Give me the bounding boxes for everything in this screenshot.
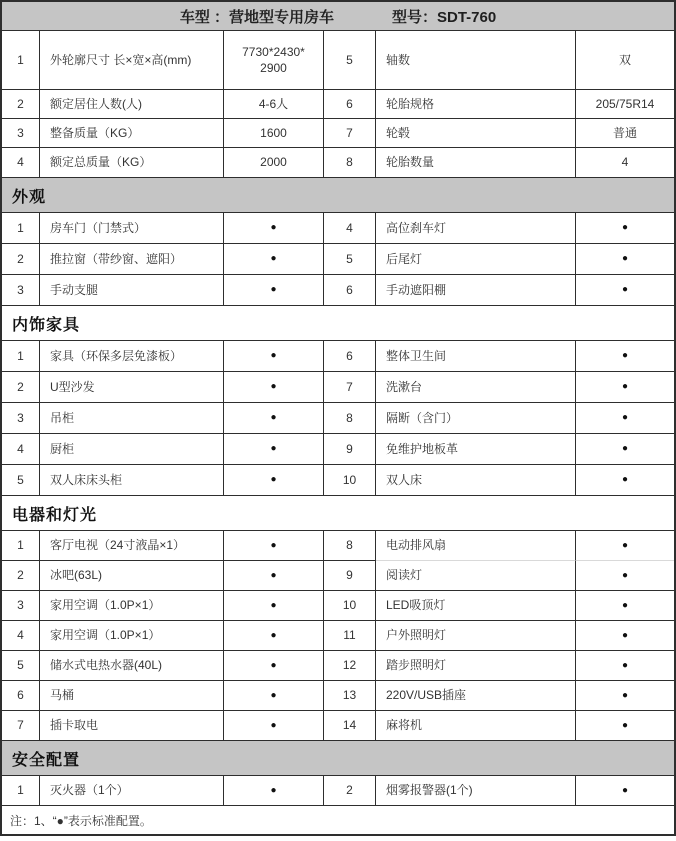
table-row: 1外轮廓尺寸 长×宽×高(mm)7730*2430* 29005轴数双: [2, 31, 674, 90]
row-number-cell: 1: [2, 531, 40, 560]
standard-config-dot: ●: [576, 621, 674, 650]
table-row: 6马桶●13220V/USB插座●: [2, 681, 674, 711]
standard-config-dot: ●: [576, 372, 674, 402]
standard-config-dot: ●: [576, 403, 674, 433]
standard-config-dot: ●: [224, 681, 324, 710]
standard-config-dot: ●: [224, 372, 324, 402]
model-label: 型号：SDT-760: [392, 6, 496, 27]
standard-config-dot: ●: [224, 275, 324, 305]
standard-config-dot: ●: [224, 244, 324, 274]
row-number-cell: 9: [324, 561, 376, 590]
standard-config-dot: ●: [576, 681, 674, 710]
row-number-cell: 6: [324, 341, 376, 371]
item-label-cell: LED吸顶灯: [376, 591, 576, 620]
row-number-cell: 5: [324, 244, 376, 274]
row-number-cell: 9: [324, 434, 376, 464]
row-number-cell: 4: [2, 434, 40, 464]
item-label-cell: 踏步照明灯: [376, 651, 576, 680]
row-number-cell: 3: [2, 119, 40, 147]
row-number-cell: 2: [2, 244, 40, 274]
item-label-cell: 灭火器（1个）: [40, 776, 224, 805]
table-row: 4额定总质量（KG）20008轮胎数量4: [2, 148, 674, 178]
standard-config-dot: ●: [576, 244, 674, 274]
item-value-cell: 1600: [224, 119, 324, 147]
standard-config-dot: ●: [224, 465, 324, 495]
row-number-cell: 4: [2, 148, 40, 177]
standard-config-dot: ●: [576, 561, 674, 590]
item-label-cell: 双人床床头柜: [40, 465, 224, 495]
standard-config-dot: ●: [576, 711, 674, 740]
row-number-cell: 8: [324, 148, 376, 177]
table-row: 1房车门（门禁式）●4高位刹车灯●: [2, 213, 674, 244]
row-number-cell: 5: [2, 651, 40, 680]
item-label-cell: 免维护地板革: [376, 434, 576, 464]
standard-config-dot: ●: [576, 341, 674, 371]
standard-config-dot: ●: [224, 711, 324, 740]
item-label-cell: 后尾灯: [376, 244, 576, 274]
item-value-cell: 7730*2430* 2900: [224, 31, 324, 89]
row-number-cell: 4: [2, 621, 40, 650]
row-number-cell: 11: [324, 621, 376, 650]
item-value-cell: 4-6人: [224, 90, 324, 118]
item-label-cell: 轮毂: [376, 119, 576, 147]
table-row: 7插卡取电●14麻将机●: [2, 711, 674, 741]
table-row: 1客厅电视（24寸液晶×1）●8电动排风扇●: [2, 531, 674, 561]
table-row: 2冰吧(63L)●9阅读灯●: [2, 561, 674, 591]
item-label-cell: 220V/USB插座: [376, 681, 576, 710]
item-label-cell: 家用空调（1.0P×1）: [40, 621, 224, 650]
item-value-cell: 2000: [224, 148, 324, 177]
table-row: 3整备质量（KG）16007轮毂普通: [2, 119, 674, 148]
table-row: 1家具（环保多层免漆板）●6整体卫生间●: [2, 341, 674, 372]
table-body: 1外轮廓尺寸 长×宽×高(mm)7730*2430* 29005轴数双2额定居住…: [2, 31, 674, 806]
item-value-cell: 4: [576, 148, 674, 177]
item-label-cell: 双人床: [376, 465, 576, 495]
table-row: 2推拉窗（带纱窗、遮阳）●5后尾灯●: [2, 244, 674, 275]
table-row: 3吊柜●8隔断（含门）●: [2, 403, 674, 434]
vehicle-spec-table: 车型 ：营地型专用房车 型号：SDT-760 1外轮廓尺寸 长×宽×高(mm)7…: [0, 0, 676, 836]
spec-sheet: 车型 ：营地型专用房车 型号：SDT-760 1外轮廓尺寸 长×宽×高(mm)7…: [0, 0, 676, 841]
item-label-cell: 储水式电热水器(40L): [40, 651, 224, 680]
row-number-cell: 4: [324, 213, 376, 243]
item-label-cell: 电动排风扇: [376, 531, 576, 561]
item-label-cell: 隔断（含门）: [376, 403, 576, 433]
item-label-cell: 洗漱台: [376, 372, 576, 402]
item-value-cell: 双: [576, 31, 674, 89]
table-header: 车型 ：营地型专用房车 型号：SDT-760: [2, 2, 674, 31]
section-header-2: 内饰家具: [2, 306, 674, 341]
row-number-cell: 6: [324, 275, 376, 305]
standard-config-dot: ●: [224, 341, 324, 371]
standard-config-dot: ●: [576, 434, 674, 464]
standard-config-dot: ●: [576, 776, 674, 805]
item-label-cell: 推拉窗（带纱窗、遮阳）: [40, 244, 224, 274]
item-label-cell: 麻将机: [376, 711, 576, 740]
standard-config-dot: ●: [224, 561, 324, 590]
table-row: 3家用空调（1.0P×1）●10LED吸顶灯●: [2, 591, 674, 621]
section-header-3: 电器和灯光: [2, 496, 674, 531]
footnote: 注：1、“●”表示标准配置。: [2, 806, 674, 834]
item-label-cell: 房车门（门禁式）: [40, 213, 224, 243]
row-number-cell: 10: [324, 591, 376, 620]
standard-config-dot: ●: [576, 275, 674, 305]
standard-config-dot: ●: [576, 591, 674, 620]
standard-config-dot: ●: [224, 531, 324, 560]
table-row: 4家用空调（1.0P×1）●11户外照明灯●: [2, 621, 674, 651]
item-label-cell: 手动遮阳棚: [376, 275, 576, 305]
item-label-cell: 吊柜: [40, 403, 224, 433]
item-label-cell: 手动支腿: [40, 275, 224, 305]
table-row: 2U型沙发●7洗漱台●: [2, 372, 674, 403]
standard-config-dot: ●: [576, 531, 674, 561]
row-number-cell: 7: [324, 372, 376, 402]
row-number-cell: 2: [324, 776, 376, 805]
row-number-cell: 10: [324, 465, 376, 495]
table-row: 3手动支腿●6手动遮阳棚●: [2, 275, 674, 306]
row-number-cell: 13: [324, 681, 376, 710]
section-header-1: 外观: [2, 178, 674, 213]
row-number-cell: 5: [2, 465, 40, 495]
row-number-cell: 1: [2, 776, 40, 805]
item-label-cell: 额定居住人数(人): [40, 90, 224, 118]
item-label-cell: 客厅电视（24寸液晶×1）: [40, 531, 224, 560]
row-number-cell: 7: [2, 711, 40, 740]
standard-config-dot: ●: [224, 591, 324, 620]
standard-config-dot: ●: [224, 776, 324, 805]
item-label-cell: 厨柜: [40, 434, 224, 464]
standard-config-dot: ●: [576, 651, 674, 680]
row-number-cell: 6: [2, 681, 40, 710]
item-label-cell: 烟雾报警器(1个): [376, 776, 576, 805]
item-label-cell: 冰吧(63L): [40, 561, 224, 590]
row-number-cell: 1: [2, 341, 40, 371]
item-label-cell: 家具（环保多层免漆板）: [40, 341, 224, 371]
row-number-cell: 2: [2, 561, 40, 590]
item-value-cell: 205/75R14: [576, 90, 674, 118]
section-header-4: 安全配置: [2, 741, 674, 776]
row-number-cell: 5: [324, 31, 376, 89]
item-label-cell: 额定总质量（KG）: [40, 148, 224, 177]
vehicle-type-label: 车型 ：营地型专用房车: [180, 6, 334, 27]
item-label-cell: 轴数: [376, 31, 576, 89]
row-number-cell: 3: [2, 275, 40, 305]
row-number-cell: 6: [324, 90, 376, 118]
item-value-cell: 普通: [576, 119, 674, 147]
table-row: 5储水式电热水器(40L)●12踏步照明灯●: [2, 651, 674, 681]
item-label-cell: 轮胎规格: [376, 90, 576, 118]
item-label-cell: 阅读灯: [376, 561, 576, 590]
row-number-cell: 3: [2, 591, 40, 620]
item-label-cell: 插卡取电: [40, 711, 224, 740]
item-label-cell: 整体卫生间: [376, 341, 576, 371]
row-number-cell: 14: [324, 711, 376, 740]
standard-config-dot: ●: [576, 465, 674, 495]
item-label-cell: 户外照明灯: [376, 621, 576, 650]
standard-config-dot: ●: [224, 213, 324, 243]
table-row: 5双人床床头柜●10双人床●: [2, 465, 674, 496]
standard-config-dot: ●: [224, 434, 324, 464]
row-number-cell: 3: [2, 403, 40, 433]
standard-config-dot: ●: [224, 621, 324, 650]
table-row: 2额定居住人数(人)4-6人6轮胎规格205/75R14: [2, 90, 674, 119]
standard-config-dot: ●: [224, 403, 324, 433]
row-number-cell: 8: [324, 403, 376, 433]
row-number-cell: 1: [2, 213, 40, 243]
row-number-cell: 7: [324, 119, 376, 147]
item-label-cell: 家用空调（1.0P×1）: [40, 591, 224, 620]
standard-config-dot: ●: [576, 213, 674, 243]
row-number-cell: 1: [2, 31, 40, 89]
row-number-cell: 2: [2, 90, 40, 118]
standard-config-dot: ●: [224, 651, 324, 680]
item-label-cell: 马桶: [40, 681, 224, 710]
item-label-cell: 外轮廓尺寸 长×宽×高(mm): [40, 31, 224, 89]
item-label-cell: 轮胎数量: [376, 148, 576, 177]
item-label-cell: 整备质量（KG）: [40, 119, 224, 147]
table-row: 4厨柜●9免维护地板革●: [2, 434, 674, 465]
row-number-cell: 8: [324, 531, 376, 560]
item-label-cell: U型沙发: [40, 372, 224, 402]
row-number-cell: 12: [324, 651, 376, 680]
row-number-cell: 2: [2, 372, 40, 402]
table-row: 1灭火器（1个）●2烟雾报警器(1个)●: [2, 776, 674, 806]
item-label-cell: 高位刹车灯: [376, 213, 576, 243]
